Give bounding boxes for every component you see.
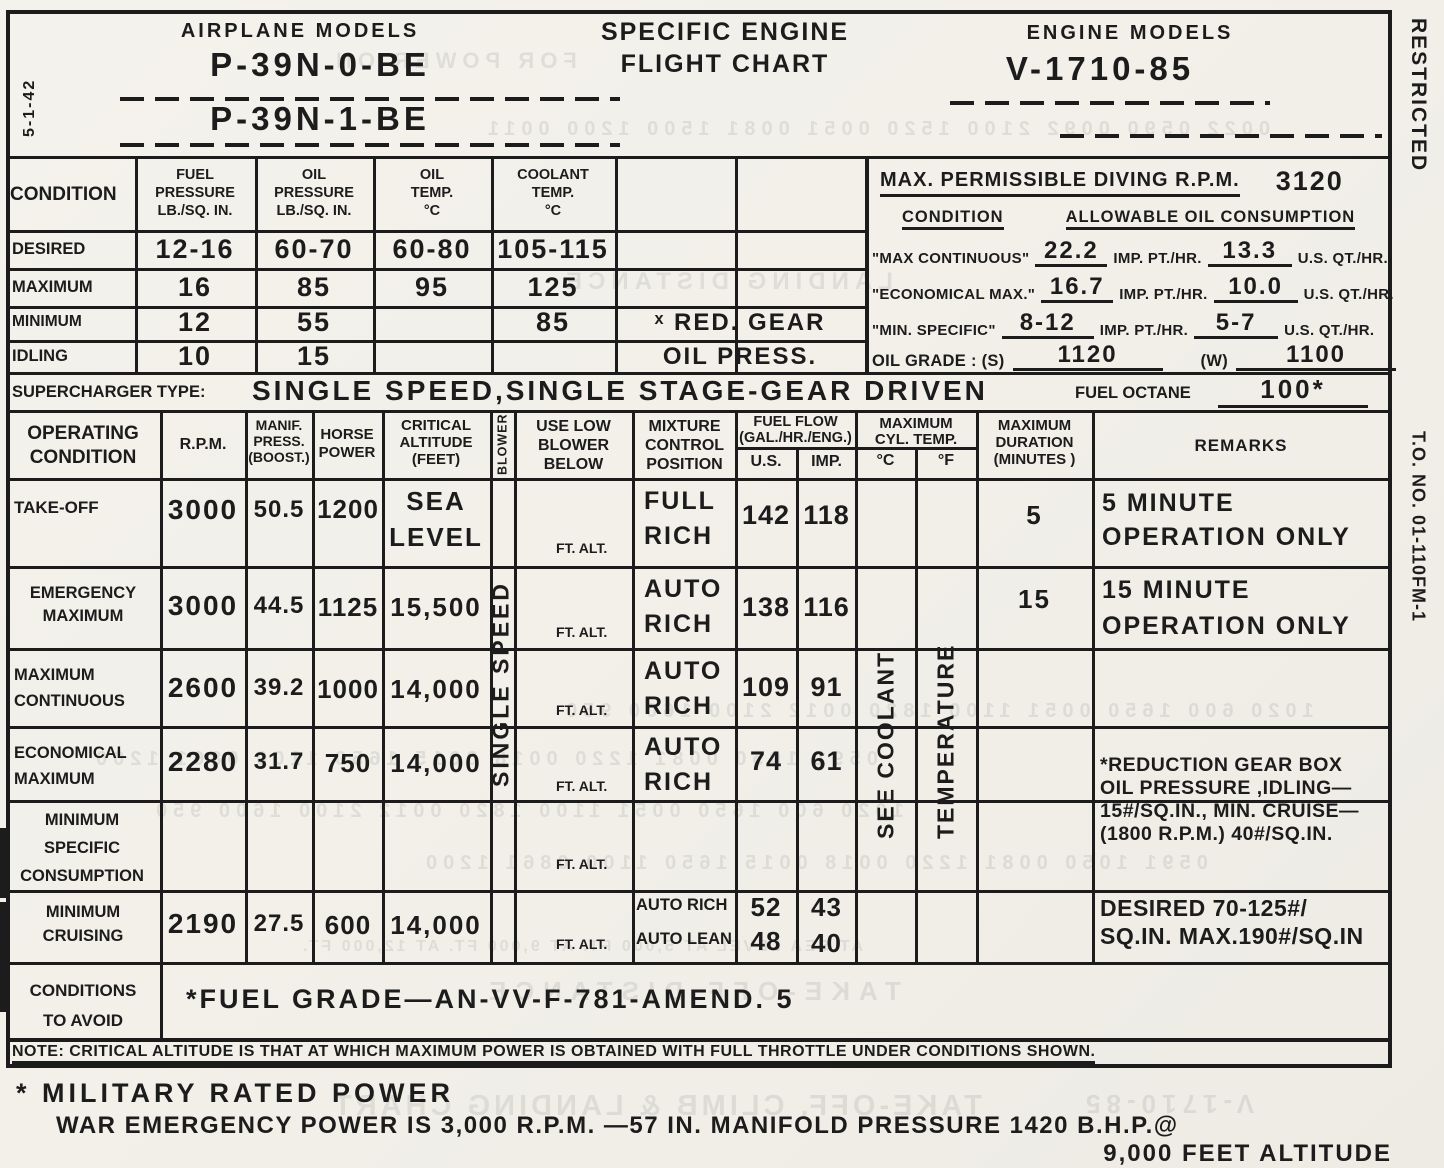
oil-row-us-unit: U.S. QT./HR. — [1304, 286, 1394, 303]
table-border — [135, 156, 138, 372]
allowable-col-label: ALLOWABLE OIL CONSUMPTION — [1066, 208, 1356, 230]
oil-row-condition: "MIN. SPECIFIC" — [872, 322, 996, 339]
ops-cell-remarks: *REDUCTION GEAR BOX OIL PRESSURE ,IDLING… — [1100, 754, 1392, 846]
table-border — [6, 10, 1392, 14]
table-border — [865, 156, 869, 372]
ops-col-rpm: R.P.M. — [162, 436, 244, 454]
ops-cell-manif: 39.2 — [246, 674, 312, 702]
limits-cell: 55 — [259, 307, 369, 338]
ops-col-imp: IMP. — [799, 453, 854, 471]
ops-col-max-cyl-temp: MAXIMUM CYL. TEMP. — [857, 416, 975, 448]
oil-grade-winter: 1100 — [1236, 342, 1396, 371]
ops-col-deg-c: °C — [857, 452, 914, 470]
ops-cell-rpm: 2190 — [162, 908, 244, 940]
oil-consumption-row: "ECONOMICAL MAX." 16.7 IMP. PT./HR. 10.0… — [872, 274, 1394, 303]
ops-cell-fuel-imp: 91 — [799, 672, 854, 703]
ops-cell-duration: 15 — [978, 584, 1091, 615]
airplane-model-1: P-39N-0-BE — [110, 46, 530, 84]
temperature-span: TEMPERATURE — [918, 528, 974, 954]
ops-cell-altitude: 14,000 — [382, 674, 490, 705]
ops-cell-altitude: SEA LEVEL — [384, 483, 488, 555]
ft-alt-label: FT. ALT. — [556, 540, 607, 556]
airplane-models-label: AIRPLANE MODELS — [150, 20, 450, 43]
ops-cell-hp: 1125 — [314, 592, 382, 623]
ft-alt-label: FT. ALT. — [556, 856, 607, 872]
oil-row-imp-value: 8-12 — [1002, 310, 1094, 339]
ops-cell-fuel-us-lean: 48 — [737, 926, 795, 957]
limits-cell: 12-16 — [139, 234, 251, 265]
conditions-to-avoid-label: CONDITIONS TO AVOID — [8, 976, 158, 1036]
ops-cell-rpm: 2280 — [162, 746, 244, 778]
limits-col-oil-pressure: OIL PRESSURE LB./SQ. IN. — [259, 166, 369, 220]
ft-alt-label: FT. ALT. — [556, 936, 607, 952]
oil-row-condition: "MAX CONTINUOUS" — [872, 250, 1029, 267]
note-text: NOTE: CRITICAL ALTITUDE IS THAT AT WHICH… — [12, 1043, 1095, 1064]
ops-row-label: MINIMUM SPECIFIC CONSUMPTION — [4, 806, 160, 890]
ops-col-operating-condition: OPERATING CONDITION — [8, 422, 158, 470]
oil-consumption-row: "MAX CONTINUOUS" 22.2 IMP. PT./HR. 13.3 … — [872, 238, 1388, 267]
ops-cell-fuel-us: 109 — [737, 672, 795, 703]
ops-col-fuel-flow: FUEL FLOW (GAL./HR./ENG.) — [737, 414, 854, 446]
ft-alt-label: FT. ALT. — [556, 778, 607, 794]
ops-cell-remarks: 15 MINUTE OPERATION ONLY — [1102, 572, 1390, 644]
ops-col-use-low-blower: USE LOW BLOWER BELOW — [517, 417, 630, 474]
supercharger-label: SUPERCHARGER TYPE: — [12, 383, 205, 402]
ops-row-label: TAKE-OFF — [14, 498, 99, 518]
ops-row-label: MAXIMUM CONTINUOUS — [14, 662, 125, 714]
ops-cell-fuel-imp: 116 — [799, 592, 854, 623]
table-border — [373, 156, 376, 372]
table-border — [491, 156, 494, 372]
ops-row-label: ECONOMICAL MAXIMUM — [14, 740, 127, 792]
ops-cell-rpm: 3000 — [162, 590, 244, 622]
ops-cell-remarks: DESIRED 70-125#/ SQ.IN. MAX.190#/SQ.IN — [1100, 894, 1396, 950]
ops-cell-manif: 44.5 — [246, 592, 312, 620]
limits-cell: 16 — [139, 272, 251, 303]
ops-cell-fuel-imp: 61 — [799, 746, 854, 777]
ft-alt-label: FT. ALT. — [556, 624, 607, 640]
ops-cell-mixture: AUTO RICH — [644, 572, 722, 642]
ops-cell-mixture: FULL RICH — [644, 484, 716, 554]
table-border — [6, 648, 1392, 651]
ops-cell-rpm: 3000 — [162, 494, 244, 526]
oil-consumption-row: "MIN. SPECIFIC" 8-12 IMP. PT./HR. 5-7 U.… — [872, 310, 1374, 339]
ops-cell-mixture-lean: AUTO LEAN — [636, 930, 732, 949]
oil-row-imp-unit: IMP. PT./HR. — [1113, 250, 1201, 267]
oil-grade-summer: 1120 — [1013, 342, 1163, 371]
airplane-model-2: P-39N-1-BE — [110, 100, 530, 138]
limits-cell: 10 — [139, 341, 251, 372]
fill-in-line — [1060, 134, 1382, 138]
ops-col-blower: BLOWER — [491, 412, 514, 476]
diving-rpm-value: 3120 — [1276, 166, 1344, 197]
ops-cell-mixture-rich: AUTO RICH — [636, 896, 727, 915]
note-line: NOTE: CRITICAL ALTITUDE IS THAT AT WHICH… — [12, 1043, 1095, 1061]
ops-cell-rpm: 2600 — [162, 672, 244, 704]
altitude-note: 9,000 FEET ALTITUDE — [992, 1140, 1392, 1168]
table-border — [6, 962, 1392, 965]
ops-col-mixture-control: MIXTURE CONTROL POSITION — [636, 417, 733, 474]
table-border — [6, 1064, 1392, 1068]
bleedthrough-text: 0591 1050 0081 1220 0018 0015 1650 1100 … — [420, 852, 1208, 875]
oil-row-us-value: 5-7 — [1194, 310, 1278, 339]
table-border — [632, 410, 635, 962]
ops-cell-remarks: 5 MINUTE OPERATION ONLY — [1102, 486, 1390, 554]
ops-cell-hp: 1000 — [314, 674, 382, 705]
red-gear-note: ˣ RED. GEAR — [619, 309, 861, 337]
limits-col-fuel-pressure: FUEL PRESSURE LB./SQ. IN. — [139, 166, 251, 220]
ops-cell-fuel-us: 138 — [737, 592, 795, 623]
limits-cell: 12 — [139, 307, 251, 338]
ops-col-remarks: REMARKS — [1094, 436, 1388, 456]
ops-cell-duration: 5 — [978, 500, 1091, 531]
condition-col-label: CONDITION — [902, 208, 1004, 230]
ops-cell-fuel-imp-lean: 40 — [799, 928, 854, 959]
ops-cell-hp: 600 — [314, 910, 382, 941]
table-border — [6, 890, 1392, 893]
oil-row-us-value: 13.3 — [1208, 238, 1292, 267]
bleedthrough-text: 1020 600 1650 0051 1100 1820 0012 2100 1… — [150, 800, 904, 823]
date-code: 5-1-42 — [16, 48, 44, 168]
limits-cell: 95 — [377, 272, 487, 303]
flight-chart-sheet: FOR POWER ON 0022 0590 0092 2100 1520 00… — [0, 0, 1444, 1168]
ops-col-max-duration: MAXIMUM DURATION (MINUTES ) — [978, 417, 1091, 468]
table-border — [615, 156, 618, 372]
ops-cell-fuel-us: 142 — [737, 500, 795, 531]
limits-cell: 85 — [259, 272, 369, 303]
ops-cell-hp: 1200 — [314, 494, 382, 525]
technical-order-number: T.O. NO. 01-110FM-1 — [1398, 382, 1438, 672]
oil-row-us-unit: U.S. QT./HR. — [1284, 322, 1374, 339]
limits-cell: 15 — [259, 341, 369, 372]
ops-cell-manif: 27.5 — [246, 910, 312, 938]
table-border — [976, 410, 979, 962]
chart-title-line1: SPECIFIC ENGINE — [555, 18, 895, 47]
ops-cell-manif: 50.5 — [246, 496, 312, 524]
limits-col-coolant-temp: COOLANT TEMP. °C — [495, 166, 611, 220]
engine-models-label: ENGINE MODELS — [1000, 22, 1260, 45]
ops-cell-fuel-us-rich: 52 — [737, 892, 795, 923]
oil-row-us-unit: U.S. QT./HR. — [1298, 250, 1388, 267]
engine-model: V-1710-85 — [950, 50, 1250, 88]
fuel-octane-value: 100* — [1218, 374, 1368, 408]
supercharger-type: SINGLE SPEED,SINGLE STAGE-GEAR DRIVEN — [252, 375, 988, 407]
oil-row-imp-unit: IMP. PT./HR. — [1119, 286, 1207, 303]
oil-grade-line: OIL GRADE : (S) 1120 (W) 1100 — [872, 342, 1396, 371]
ops-col-horse-power: HORSE POWER — [314, 426, 380, 462]
war-emergency-power-note: WAR EMERGENCY POWER IS 3,000 R.P.M. —57 … — [56, 1112, 1179, 1140]
limits-cell: 85 — [495, 307, 611, 338]
table-border — [6, 478, 1392, 481]
fill-in-line — [120, 143, 620, 147]
ops-cell-manif: 31.7 — [246, 748, 312, 776]
limits-cell: 60-70 — [259, 234, 369, 265]
limits-row-label: IDLING — [12, 347, 68, 366]
limits-cell: 60-80 — [377, 234, 487, 265]
ops-cell-altitude: 14,000 — [382, 910, 490, 941]
ops-cell-mixture: AUTO RICH — [644, 654, 722, 724]
military-rated-power-note: * MILITARY RATED POWER — [16, 1078, 454, 1109]
table-border — [6, 1038, 1392, 1042]
limits-col-oil-temp: OIL TEMP. °C — [377, 166, 487, 220]
ops-cell-fuel-us: 74 — [737, 746, 795, 777]
limits-col-condition: CONDITION — [10, 184, 132, 206]
ops-col-critical-altitude: CRITICAL ALTITUDE (FEET) — [384, 417, 488, 468]
see-coolant-span: SEE COOLANT — [858, 535, 914, 955]
ops-cell-mixture: AUTO RICH — [644, 730, 722, 800]
fuel-grade-note: *FUEL GRADE—AN-VV-F-781-AMEND. 5 — [186, 984, 795, 1015]
oil-grade-w-label: (W) — [1201, 352, 1228, 371]
limits-row-label: DESIRED — [12, 240, 85, 259]
table-border — [6, 156, 1392, 159]
table-border — [6, 566, 1392, 569]
ops-row-label: MINIMUM CRUISING — [8, 900, 158, 948]
fuel-octane-label: FUEL OCTANE — [1075, 384, 1191, 403]
ops-cell-fuel-imp: 118 — [799, 500, 854, 531]
limits-cell: 125 — [495, 272, 611, 303]
ops-col-manif-press: MANIF. PRESS. (BOOST.) — [247, 417, 311, 465]
ops-col-deg-f: °F — [917, 452, 975, 470]
ops-cell-hp: 750 — [314, 748, 382, 779]
ops-cell-altitude: 14,000 — [382, 748, 490, 779]
diving-rpm-label: MAX. PERMISSIBLE DIVING R.P.M. — [880, 169, 1240, 197]
diving-rpm-line: MAX. PERMISSIBLE DIVING R.P.M. 3120 — [880, 166, 1344, 197]
ft-alt-label: FT. ALT. — [556, 702, 607, 718]
oil-row-imp-value: 22.2 — [1035, 238, 1107, 267]
oil-consumption-header: CONDITION ALLOWABLE OIL CONSUMPTION — [902, 208, 1355, 230]
chart-title-line2: FLIGHT CHART — [555, 50, 895, 79]
oil-press-note: OIL PRESS. — [619, 343, 861, 371]
table-border — [1092, 410, 1095, 962]
limits-row-label: MINIMUM — [12, 313, 82, 331]
table-border — [735, 156, 738, 372]
oil-row-us-value: 10.0 — [1214, 274, 1298, 303]
table-border — [6, 726, 1392, 729]
oil-row-imp-unit: IMP. PT./HR. — [1100, 322, 1188, 339]
ops-row-label: EMERGENCY MAXIMUM — [8, 582, 158, 628]
limits-cell: 105-115 — [495, 234, 611, 265]
table-border — [6, 410, 1392, 413]
ops-cell-altitude: 15,500 — [382, 592, 490, 623]
limits-row-label: MAXIMUM — [12, 278, 93, 297]
oil-grade-label: OIL GRADE : (S) — [872, 352, 1005, 371]
oil-row-condition: "ECONOMICAL MAX." — [872, 286, 1035, 303]
fill-in-line — [950, 101, 1270, 105]
ops-cell-fuel-imp-rich: 43 — [799, 892, 854, 923]
oil-row-imp-value: 16.7 — [1041, 274, 1113, 303]
table-border — [255, 156, 258, 372]
restricted-stamp: RESTRICTED — [1398, 8, 1438, 183]
ops-col-us: U.S. — [737, 453, 795, 471]
